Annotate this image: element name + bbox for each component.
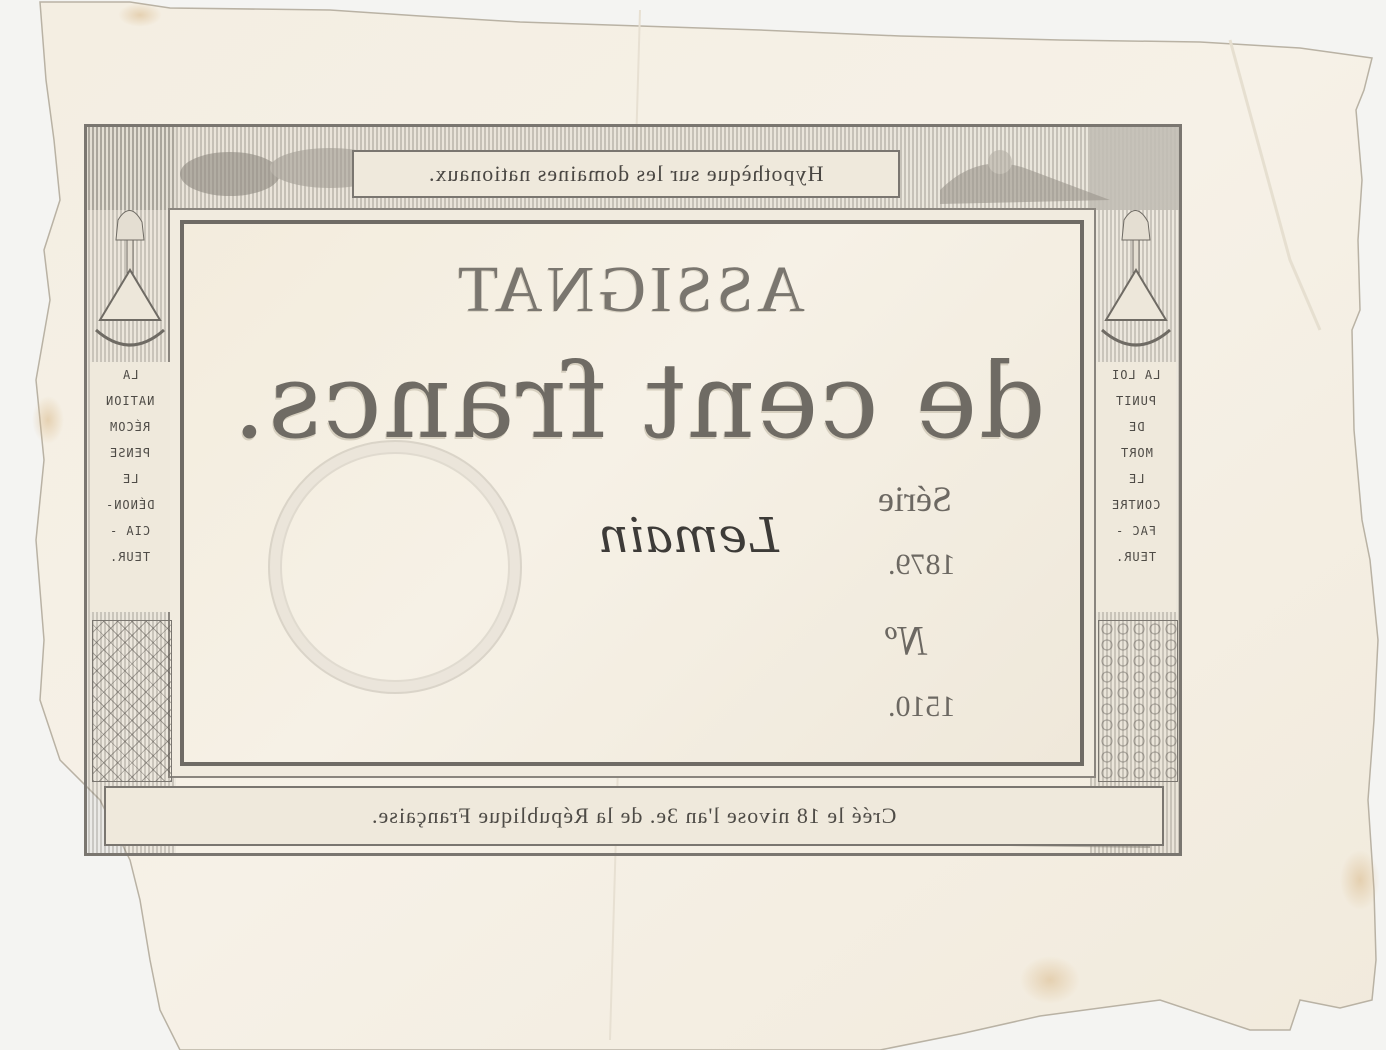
- creation-date-plaque: Créé le 18 nivose l'an 3e. de la Républi…: [104, 786, 1164, 846]
- creation-date-text: Créé le 18 nivose l'an 3e. de la Républi…: [371, 803, 896, 829]
- title-amount: de cent francs.: [208, 340, 1068, 462]
- right-line: CONTRE: [1111, 492, 1160, 518]
- right-line: MORT: [1120, 440, 1153, 466]
- phrygian-cap-on-pike-icon: [1096, 200, 1176, 360]
- reclining-river-god-vignette-icon: [920, 130, 1120, 210]
- circle-ornament-icon: [1098, 620, 1178, 782]
- right-line: PUNIT: [1115, 388, 1156, 414]
- left-line: CIA -: [109, 518, 150, 544]
- left-line: NATION: [105, 388, 154, 414]
- left-panel-text: LA NATION RÉCOM PENSE LE DÉNON- CIA - TE…: [90, 362, 170, 612]
- phrygian-cap-on-pike-icon: [90, 200, 170, 360]
- serie-label: Série: [878, 478, 952, 520]
- right-line: FAC -: [1115, 518, 1156, 544]
- signature: Lemain: [598, 508, 779, 564]
- title-assignat: ASSIGNAT: [410, 252, 850, 328]
- mortgage-text: Hypothèque sur les domaines nationaux.: [428, 161, 823, 187]
- banknote-scan: Hypothèque sur les domaines nationaux. A…: [0, 0, 1386, 1050]
- left-line: RÉCOM: [109, 414, 150, 440]
- left-line: TEUR.: [109, 544, 150, 570]
- numero-label-text: Nº: [886, 618, 927, 666]
- right-line: DE: [1128, 414, 1144, 440]
- mortgage-plaque: Hypothèque sur les domaines nationaux.: [352, 150, 900, 198]
- title-assignat-text: ASSIGNAT: [454, 252, 805, 328]
- serie-label-text: Série: [878, 478, 952, 520]
- right-line: LA LOI: [1111, 362, 1160, 388]
- lattice-ornament-icon: [92, 620, 172, 782]
- numero-number-text: 1510.: [888, 690, 956, 724]
- serie-number: 1879.: [888, 548, 956, 582]
- right-line: TEUR.: [1115, 544, 1156, 570]
- signature-text: Lemain: [598, 508, 779, 564]
- dry-seal-embossed-icon: [268, 440, 522, 694]
- left-line: LE: [122, 466, 138, 492]
- left-line: DÉNON-: [105, 492, 154, 518]
- numero-number: 1510.: [888, 690, 956, 724]
- left-line: LA: [122, 362, 138, 388]
- left-line: PENSE: [109, 440, 150, 466]
- right-line: LE: [1128, 466, 1144, 492]
- serie-number-text: 1879.: [888, 548, 956, 582]
- right-panel-text: LA LOI PUNIT DE MORT LE CONTRE FAC - TEU…: [1096, 362, 1176, 612]
- title-amount-text: de cent francs.: [231, 340, 1046, 462]
- numero-label: Nº: [886, 618, 927, 666]
